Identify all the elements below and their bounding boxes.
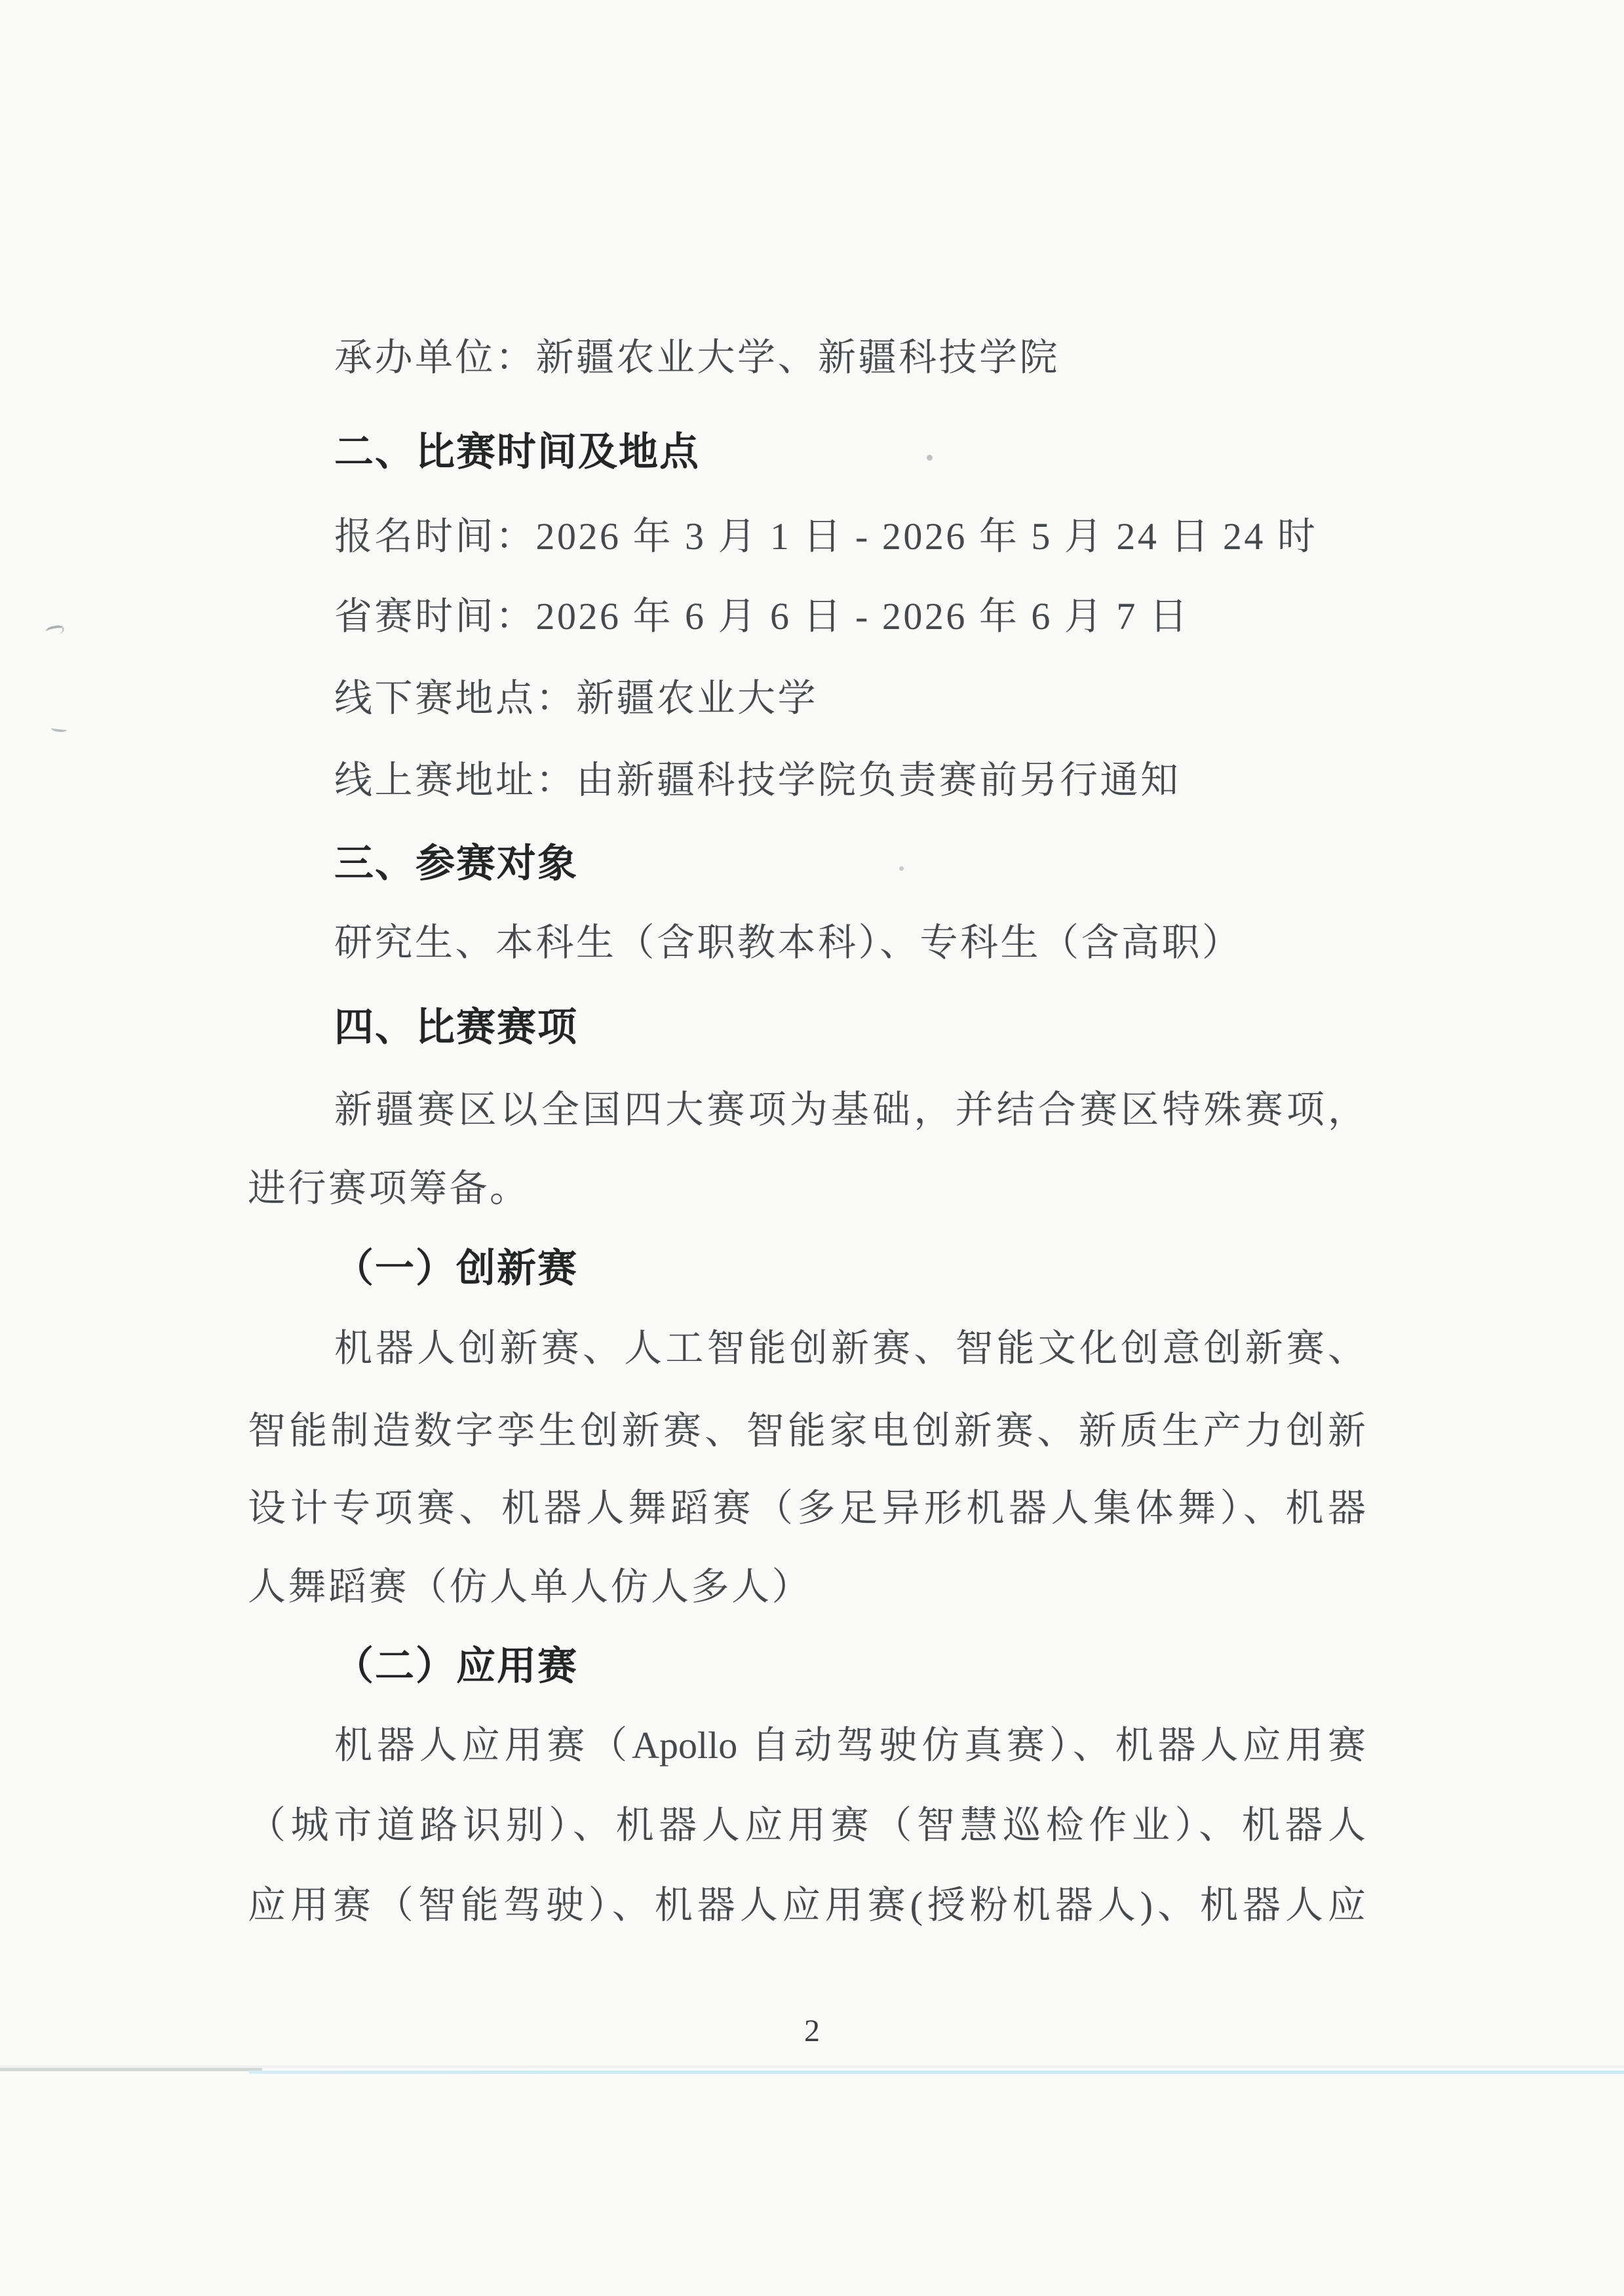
text-line: 省赛时间：2026 年 6 月 6 日 - 2026 年 6 月 7 日 (248, 593, 1366, 641)
text-line: 应用赛（智能驾驶）、机器人应用赛(授粉机器人)、机器人应 (248, 1882, 1366, 1930)
text-line: 线上赛地址：由新疆科技学院负责赛前另行通知 (248, 757, 1366, 805)
text-line: 机器人创新赛、人工智能创新赛、智能文化创意创新赛、 (248, 1325, 1366, 1373)
page-number: 2 (0, 2013, 1624, 2049)
section-heading: （一）创新赛 (248, 1244, 1366, 1293)
section-heading: 三、参赛对象 (248, 839, 1366, 888)
text-line: 线下赛地点：新疆农业大学 (248, 675, 1366, 723)
section-heading: 四、比赛赛项 (248, 1003, 1366, 1052)
section-heading: （二）应用赛 (248, 1641, 1366, 1691)
text-line: 报名时间：2026 年 3 月 1 日 - 2026 年 5 月 24 日 24… (248, 513, 1366, 561)
text-line: 承办单位：新疆农业大学、新疆科技学院 (248, 334, 1366, 382)
scan-speck (45, 624, 65, 637)
text-line: 机器人应用赛（Apollo 自动驾驶仿真赛）、机器人应用赛 (248, 1722, 1366, 1770)
toner-dot (927, 455, 933, 461)
scanner-streak-line (249, 2071, 1624, 2074)
text-line: 人舞蹈赛（仿人单人仿人多人） (248, 1563, 1366, 1611)
scan-speck (51, 725, 68, 733)
text-line: 新疆赛区以全国四大赛项为基础，并结合赛区特殊赛项， (248, 1086, 1366, 1134)
text-line: 设计专项赛、机器人舞蹈赛（多足异形机器人集体舞）、机器 (248, 1485, 1366, 1533)
scanner-streak-gray (0, 2068, 262, 2071)
text-line: （城市道路识别）、机器人应用赛（智慧巡检作业）、机器人 (248, 1802, 1366, 1850)
text-line: 研究生、本科生（含职教本科）、专科生（含高职） (248, 919, 1366, 967)
toner-dot (899, 866, 904, 871)
section-heading: 二、比赛时间及地点 (248, 427, 1366, 476)
text-line: 进行赛项筹备。 (248, 1165, 1366, 1213)
text-line: 智能制造数字孪生创新赛、智能家电创新赛、新质生产力创新 (248, 1407, 1366, 1455)
document-page: 承办单位：新疆农业大学、新疆科技学院二、比赛时间及地点报名时间：2026 年 3… (0, 0, 1624, 2296)
